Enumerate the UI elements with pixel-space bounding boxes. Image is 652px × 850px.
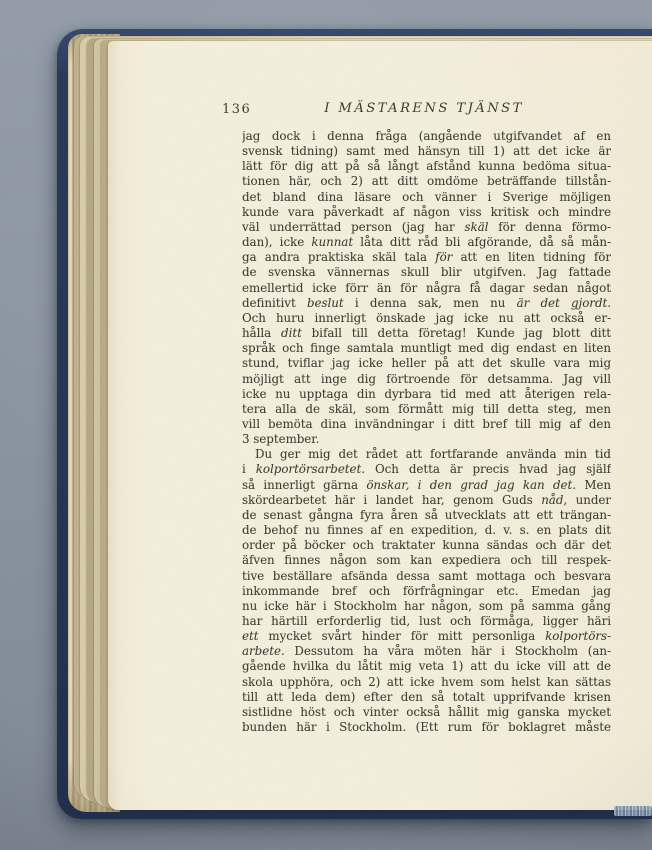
text-line: arbete. Dessutom ha våra möten här i Sto… — [242, 644, 611, 659]
text-line: inkommande bref och förfrågningar etc. E… — [242, 584, 611, 599]
cover-worn-patch — [614, 806, 652, 816]
text-line: så innerligt gärna önskar, i den grad ja… — [242, 478, 611, 493]
text-line: order på böcker och traktater kunna sänd… — [242, 538, 611, 553]
text-line: hålla ditt bifall till detta företag! Ku… — [242, 326, 611, 341]
text-line: det bland dina läsare och vänner i Sveri… — [242, 190, 611, 205]
text-line: Du ger mig det rådet att fortfarande anv… — [242, 447, 611, 462]
text-line: emellertid icke förr än för några få dag… — [242, 281, 611, 296]
text-line: Och huru innerligt önskade jag icke nu a… — [242, 311, 611, 326]
text-line: språk och finge samtala muntligt med dig… — [242, 341, 611, 356]
text-line: tera alla de skäl, som förmått mig till … — [242, 402, 611, 417]
text-line: icke nu upptaga din dyrbara tid med att … — [242, 387, 611, 402]
text-line: sistlidne höst och vinter också hållit m… — [242, 705, 611, 720]
text-line: väl underrättad person (jag har skäl för… — [242, 220, 611, 235]
running-header: I MÄSTARENS TJÄNST — [238, 101, 610, 116]
text-line: ett mycket svårt hinder för mitt personl… — [242, 629, 611, 644]
text-line: de svenska vännernas skull blir utgifven… — [242, 265, 611, 280]
text-line: tionen här, och 2) att ditt omdöme beträ… — [242, 174, 611, 189]
text-line: kunde vara påverkadt af någon viss kriti… — [242, 205, 611, 220]
text-line: 3 september. — [242, 432, 611, 447]
body-text: jag dock i denna fråga (angående utgifva… — [242, 129, 611, 735]
text-line: svensk tidning) samt med hänsyn till 1) … — [242, 144, 611, 159]
text-line: skördearbetet här i landet har, genom Gu… — [242, 493, 611, 508]
text-line: möjligt att inge dig förtroende för dets… — [242, 372, 611, 387]
text-line: äfven finnes någon som kan expediera och… — [242, 553, 611, 568]
text-line: stund, tviflar jag icke heller på att de… — [242, 356, 611, 371]
text-line: definitivt beslut i denna sak, men nu är… — [242, 296, 611, 311]
text-line: i kolportörsarbetet. Och detta är precis… — [242, 462, 611, 477]
text-line: dan), icke kunnat låta ditt råd bli afgö… — [242, 235, 611, 250]
text-line: lätt för dig att på så långt afstånd kun… — [242, 159, 611, 174]
text-line: de senast gångna fyra åren så utvecklats… — [242, 508, 611, 523]
text-line: ga andra praktiska skäl tala för att en … — [242, 250, 611, 265]
text-line: till att leda dem) efter den så totalt u… — [242, 690, 611, 705]
text-line: jag dock i denna fråga (angående utgifva… — [242, 129, 611, 144]
text-line: tive beställare afsända dessa samt motta… — [242, 569, 611, 584]
text-line: vill bemöta dina invändningar i ditt bre… — [242, 417, 611, 432]
text-line: har härtill erforderlig tid, lust och fö… — [242, 614, 611, 629]
text-line: nu icke här i Stockholm har någon, som p… — [242, 599, 611, 614]
text-line: skola upphöra, och 2) att icke hvem som … — [242, 675, 611, 690]
text-line: bunden här i Stockholm. (Ett rum för bok… — [242, 720, 611, 735]
photo-of-open-book: 136 I MÄSTARENS TJÄNST jag dock i denna … — [0, 0, 652, 850]
text-line: de behof nu finnes af en expedition, d. … — [242, 523, 611, 538]
text-line: gående hvilka du låtit mig veta 1) att d… — [242, 659, 611, 674]
